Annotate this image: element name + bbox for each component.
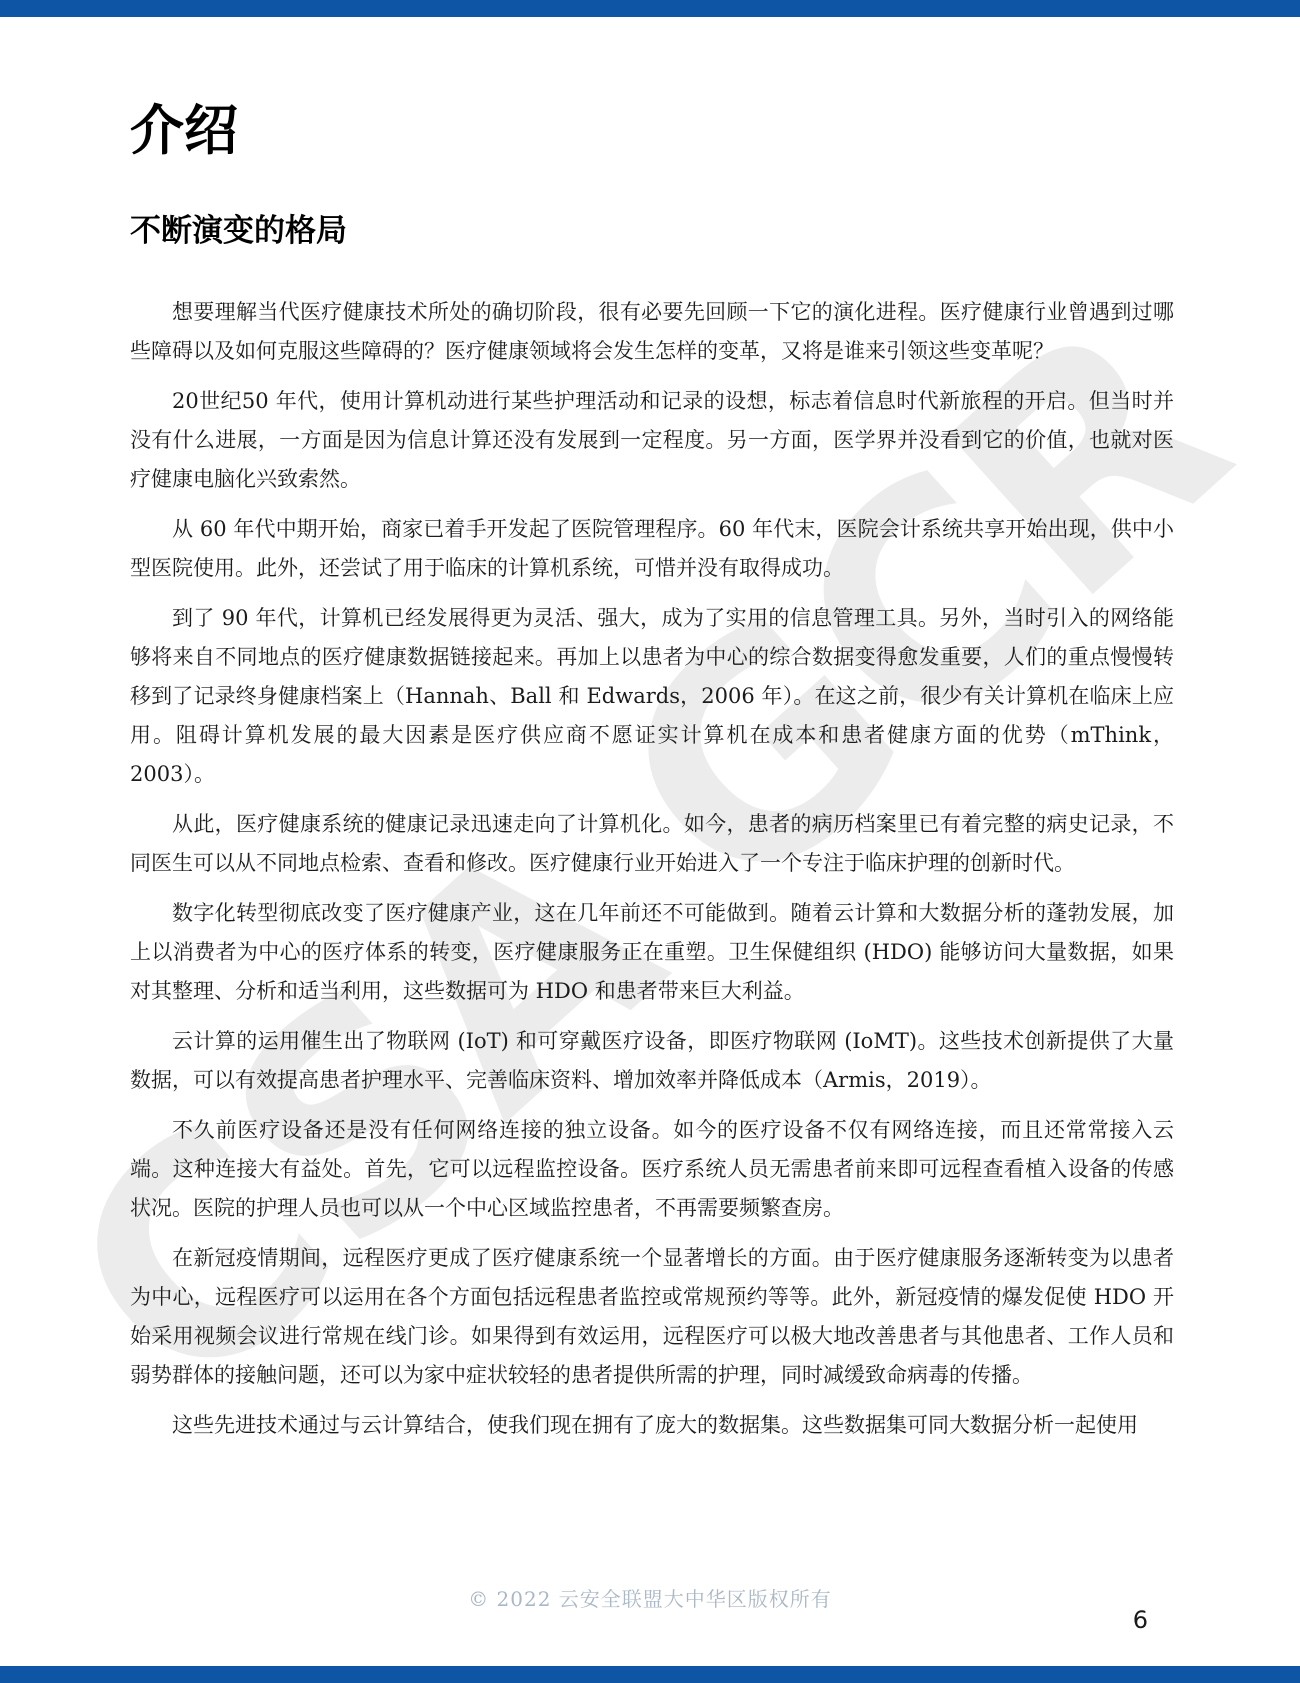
paragraph: 从 60 年代中期开始，商家已着手开发起了医院管理程序。60 年代末，医院会计系… [130,510,1174,588]
bottom-accent-bar [0,1666,1300,1683]
paragraph: 20世纪50 年代，使用计算机动进行某些护理活动和记录的设想，标志着信息时代新旅… [130,382,1174,499]
paragraph: 这些先进技术通过与云计算结合，使我们现在拥有了庞大的数据集。这些数据集可同大数据… [130,1406,1174,1445]
paragraph: 从此，医疗健康系统的健康记录迅速走向了计算机化。如今，患者的病历档案里已有着完整… [130,805,1174,883]
top-accent-bar [0,0,1300,17]
section-heading: 不断演变的格局 [130,211,1174,251]
document-page: CSA GCR 介绍 不断演变的格局 想要理解当代医疗健康技术所处的确切阶段，很… [0,0,1300,1683]
paragraph: 云计算的运用催生出了物联网 (IoT) 和可穿戴医疗设备，即医疗物联网 (IoM… [130,1022,1174,1100]
page-title: 介绍 [130,95,1174,165]
paragraph: 在新冠疫情期间，远程医疗更成了医疗健康系统一个显著增长的方面。由于医疗健康服务逐… [130,1239,1174,1395]
footer-copyright: © 2022 云安全联盟大中华区版权所有 [0,1583,1300,1612]
paragraph: 不久前医疗设备还是没有任何网络连接的独立设备。如今的医疗设备不仅有网络连接，而且… [130,1111,1174,1228]
page-number: 6 [1133,1606,1148,1634]
paragraph: 数字化转型彻底改变了医疗健康产业，这在几年前还不可能做到。随着云计算和大数据分析… [130,894,1174,1011]
page-content: 介绍 不断演变的格局 想要理解当代医疗健康技术所处的确切阶段，很有必要先回顾一下… [130,95,1174,1456]
paragraph: 到了 90 年代，计算机已经发展得更为灵活、强大，成为了实用的信息管理工具。另外… [130,599,1174,794]
paragraph: 想要理解当代医疗健康技术所处的确切阶段，很有必要先回顾一下它的演化进程。医疗健康… [130,293,1174,371]
